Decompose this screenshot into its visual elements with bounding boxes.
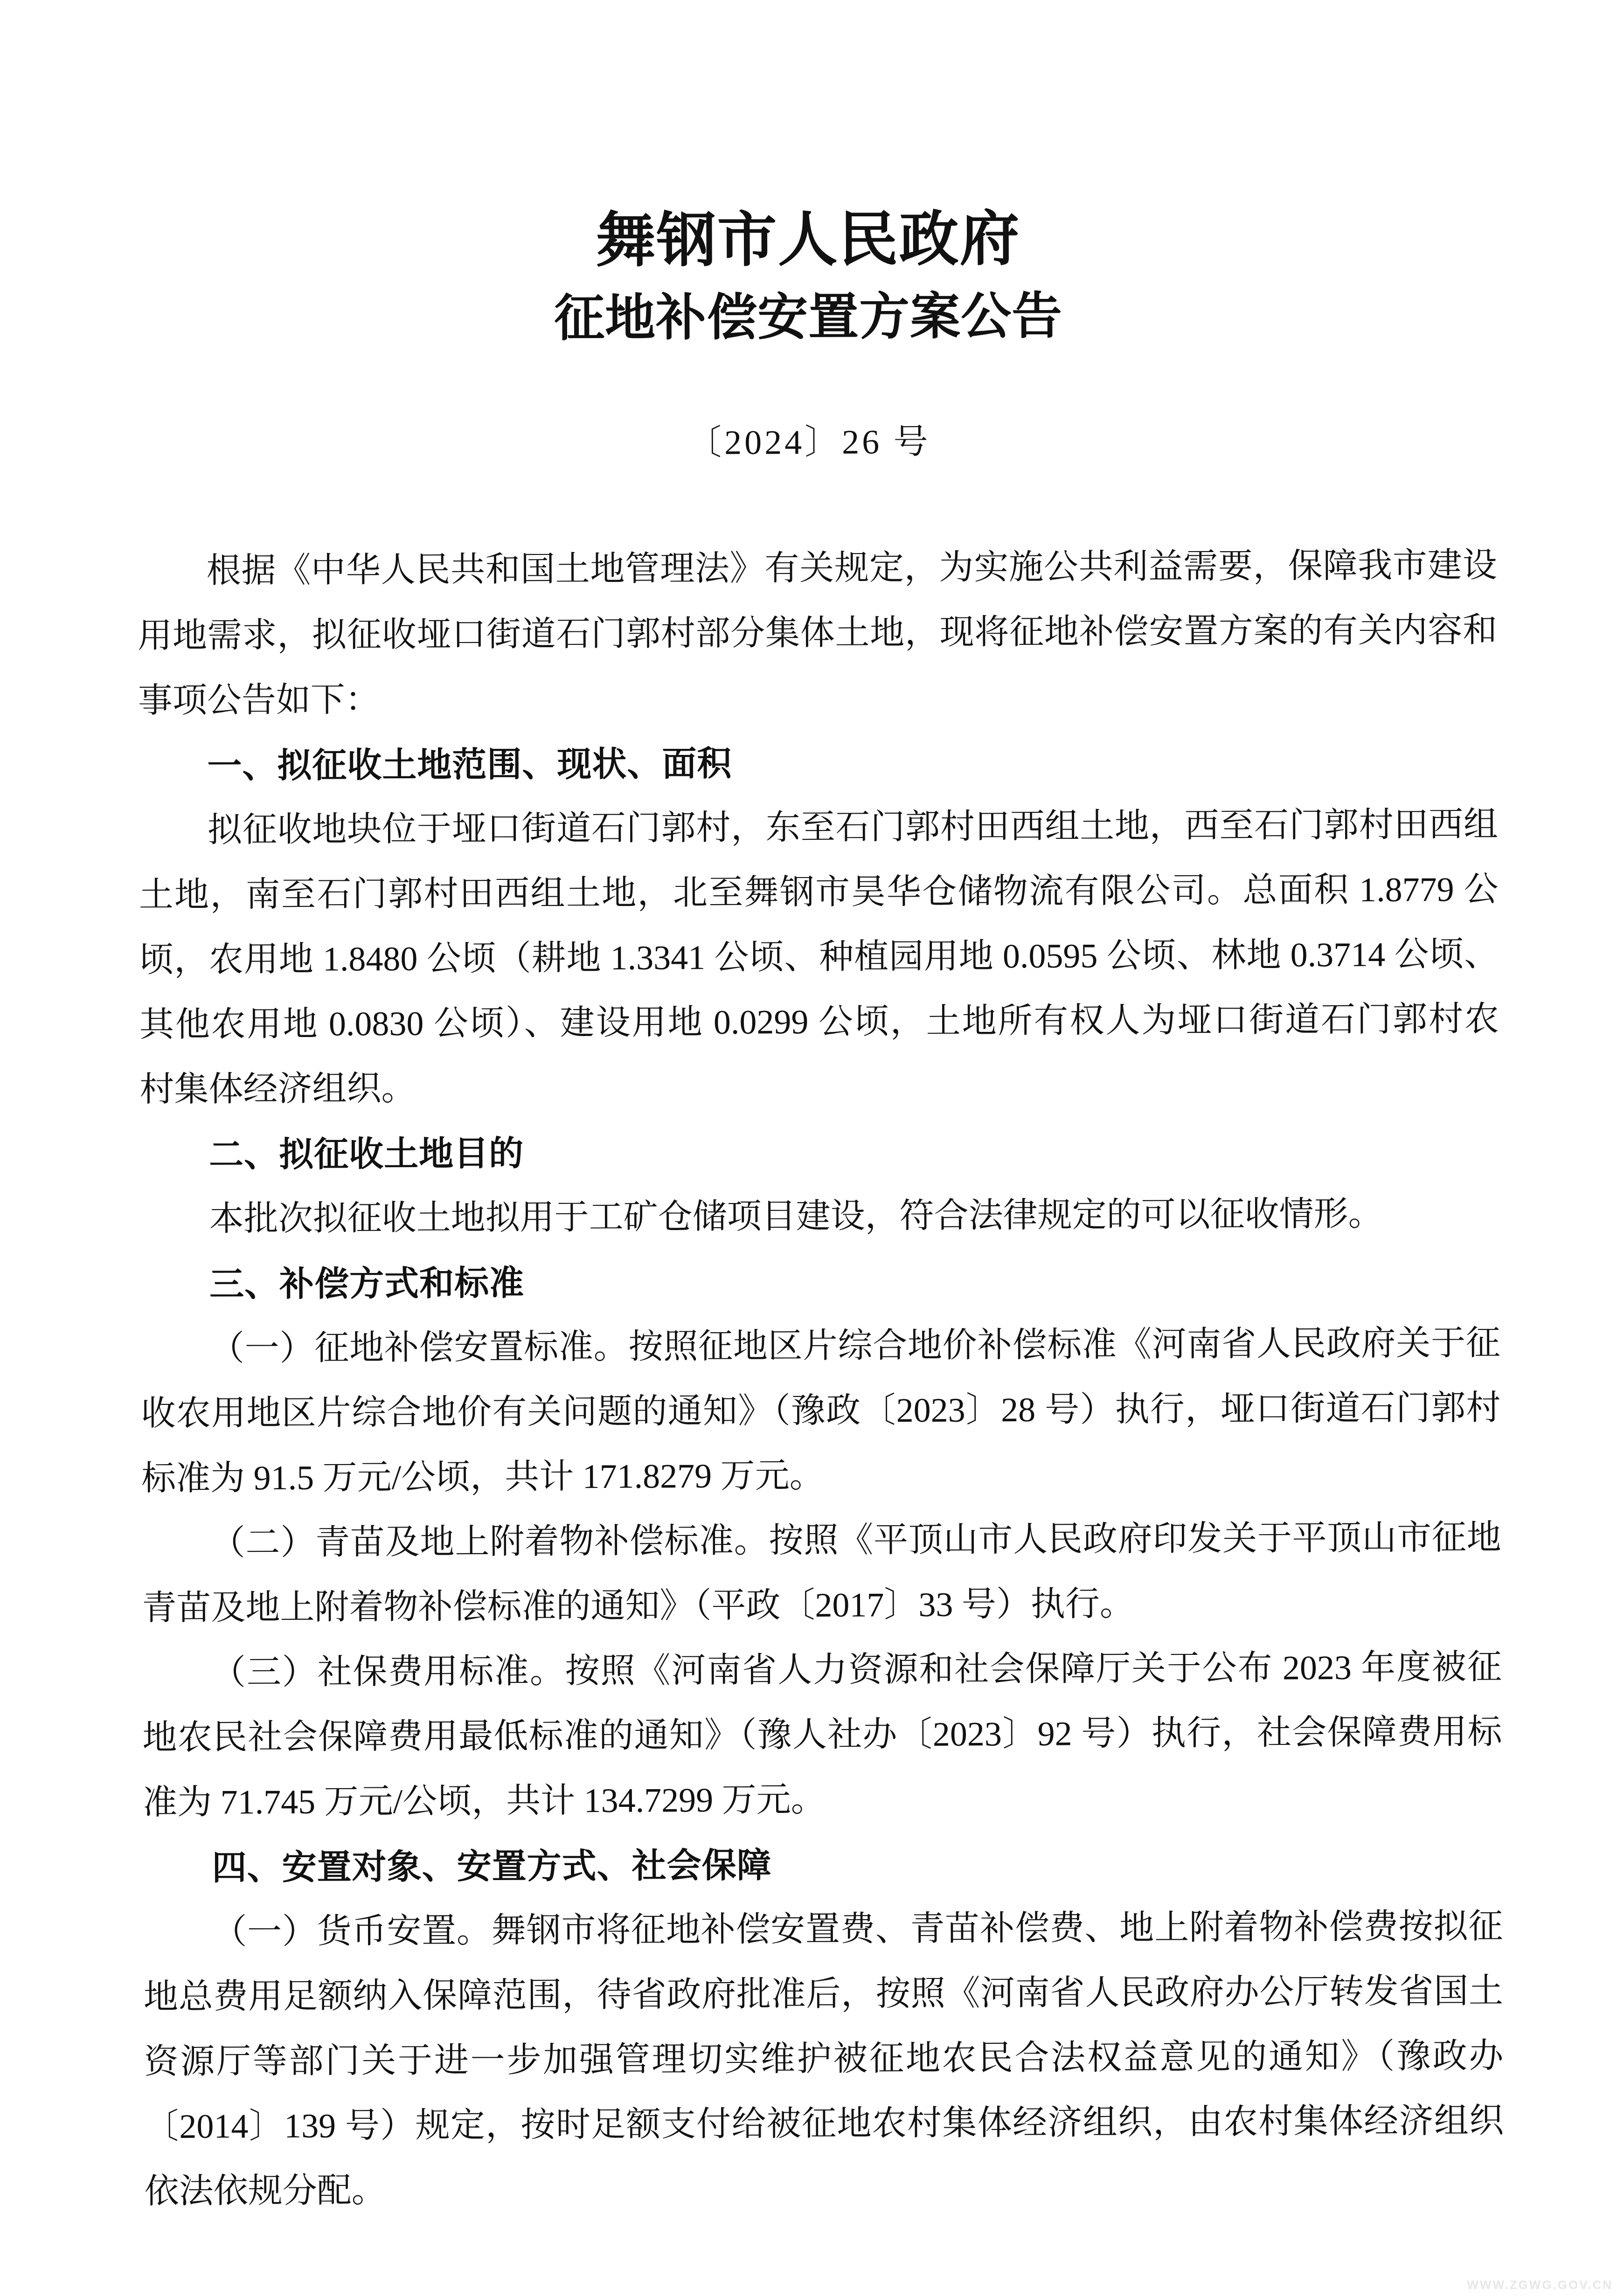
scanned-document-page: 舞钢市人民政府 征地补偿安置方案公告 〔2024〕26 号 根据《中华人民共和国…: [0, 0, 1624, 2296]
section-heading: 二、拟征收土地目的: [140, 1117, 1500, 1188]
body-line: （三）社保费用标准。按照《河南省人力资源和社会保障厅关于公布 2023 年度被征: [142, 1635, 1502, 1706]
body-line: 地总费用足额纳入保障范围，待省政府批准后，按照《河南省人民政府办公厅转发省国土: [144, 1959, 1504, 2030]
body-line: 土地，南至石门郭村田西组土地，北至舞钢市昊华仓储物流有限公司。总面积 1.877…: [139, 858, 1499, 928]
body-line: 本批次拟征收土地拟用于工矿仓储项目建设，符合法律规定的可以征收情形。: [140, 1182, 1500, 1252]
body-line: 〔2014〕139 号）规定，按时足额支付给被征地农村集体经济组织，由农村集体经…: [144, 2089, 1504, 2160]
body-line: 其他农用地 0.0830 公顷）、建设用地 0.0299 公顷，土地所有权人为垭…: [139, 987, 1499, 1058]
document-title-line-2: 征地补偿安置方案公告: [0, 277, 1621, 359]
body-line: 依法依规分配。: [144, 2154, 1504, 2225]
section-heading: 三、补偿方式和标准: [140, 1246, 1500, 1317]
document-title-line-1: 舞钢市人民政府: [0, 197, 1620, 283]
body-line: 根据《中华人民共和国土地管理法》有关规定，为实施公共利益需要，保障我市建设: [137, 533, 1497, 604]
section-heading: 一、拟征收土地范围、现状、面积: [138, 728, 1498, 799]
body-line: 资源厅等部门关于进一步加强管理切实维护被征地农民合法权益意见的通知》（豫政办: [144, 2024, 1504, 2095]
body-line: 青苗及地上附着物补偿标准的通知》（平政〔2017〕33 号）执行。: [142, 1570, 1502, 1641]
body-line: （一）货币安置。舞钢市将征地补偿安置费、青苗补偿费、地上附着物补偿费按拟征: [143, 1895, 1503, 1965]
body-line: （二）青苗及地上附着物补偿标准。按照《平顶山市人民政府印发关于平顶山市征地: [141, 1506, 1501, 1577]
body-line: 拟征收地块位于垭口街道石门郭村，东至石门郭村田西组土地，西至石门郭村田西组: [139, 793, 1499, 864]
document-lines: 根据《中华人民共和国土地管理法》有关规定，为实施公共利益需要，保障我市建设用地需…: [137, 533, 1504, 2225]
body-line: （一）征地补偿安置标准。按照征地区片综合地价补偿标准《河南省人民政府关于征: [141, 1311, 1501, 1382]
body-line: 村集体经济组织。: [139, 1052, 1499, 1123]
body-line: 标准为 91.5 万元/公顷，共计 171.8279 万元。: [141, 1441, 1501, 1512]
document-number: 〔2024〕26 号: [0, 410, 1621, 474]
body-line: 事项公告如下：: [138, 663, 1498, 734]
body-line: 顷，农用地 1.8480 公顷（耕地 1.3341 公顷、种植园用地 0.059…: [139, 922, 1499, 993]
section-heading: 四、安置对象、安置方式、社会保障: [143, 1830, 1503, 1901]
body-line: 收农用地区片综合地价有关问题的通知》（豫政〔2023〕28 号）执行，垭口街道石…: [141, 1376, 1501, 1447]
site-watermark: WWW.ZGWG.GOV.CN: [1467, 2278, 1613, 2292]
document-content: 舞钢市人民政府 征地补偿安置方案公告 〔2024〕26 号 根据《中华人民共和国…: [0, 0, 1624, 2296]
body-line: 准为 71.745 万元/公顷，共计 134.7299 万元。: [143, 1765, 1503, 1836]
body-line: 地农民社会保障费用最低标准的通知》（豫人社办〔2023〕92 号）执行，社会保障…: [142, 1700, 1502, 1771]
body-line: 用地需求，拟征收垭口街道石门郭村部分集体土地，现将征地补偿安置方案的有关内容和: [138, 598, 1498, 669]
